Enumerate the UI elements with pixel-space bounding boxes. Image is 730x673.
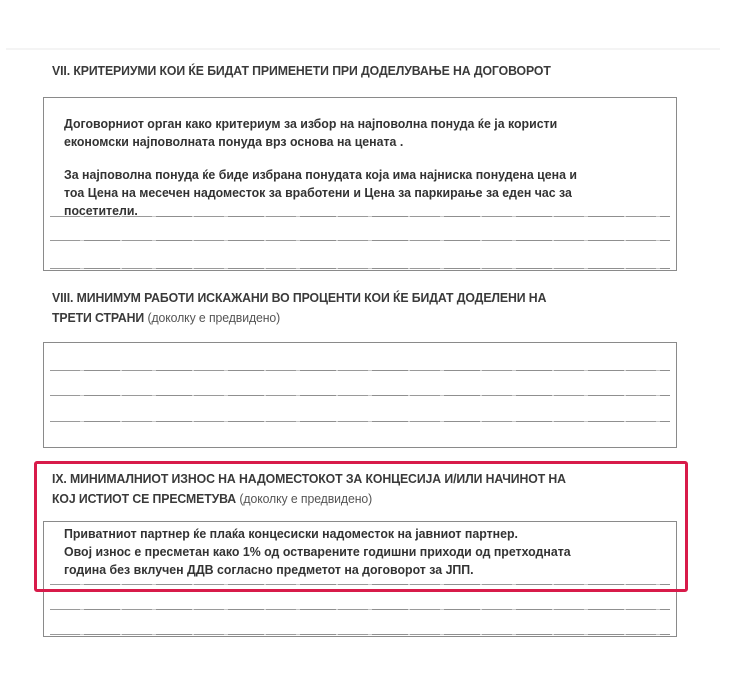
section-8-heading: VIII. МИНИМУМ РАБОТИ ИСКАЖАНИ ВО ПРОЦЕНТ…	[52, 288, 546, 328]
heading-note: (доколку е предвидено)	[239, 491, 372, 506]
heading-line: IX. МИНИМАЛНИОТ ИЗНОС НА НАДОМЕСТОКОТ ЗА…	[52, 469, 566, 489]
page-top-divider	[6, 48, 720, 50]
text-line: година без вклучен ДДВ согласно предмето…	[64, 561, 571, 579]
section-7-paragraph-1: Договорниот орган како критериум за избо…	[64, 115, 557, 151]
heading-note: (доколку е предвидено)	[147, 310, 280, 325]
text-line: економски најповолната понуда врз основа…	[64, 133, 557, 151]
text-line: За најповолна понуда ќе биде избрана пон…	[64, 166, 577, 184]
blank-line	[50, 584, 670, 585]
blank-line	[50, 216, 670, 217]
section-7-box: Договорниот орган како критериум за избо…	[43, 97, 677, 271]
heading-line: VIII. МИНИМУМ РАБОТИ ИСКАЖАНИ ВО ПРОЦЕНТ…	[52, 288, 546, 308]
text-line: Приватниот партнер ќе плаќа концесиски н…	[64, 525, 571, 543]
text-line: Овој износ е пресметан како 1% од оствар…	[64, 543, 571, 561]
blank-line	[50, 240, 670, 241]
text-line: тоа Цена на месечен надоместок за вработ…	[64, 184, 577, 202]
blank-line	[50, 609, 670, 610]
section-8-box	[43, 342, 677, 448]
section-9-heading: IX. МИНИМАЛНИОТ ИЗНОС НА НАДОМЕСТОКОТ ЗА…	[52, 469, 566, 509]
section-9-box: Приватниот партнер ќе плаќа концесиски н…	[43, 521, 677, 637]
section-9-paragraph: Приватниот партнер ќе плаќа концесиски н…	[64, 525, 571, 579]
heading-line: ТРЕТИ СТРАНИ	[52, 310, 144, 325]
heading-line: КОЈ ИСТИОТ СЕ ПРЕСМЕТУВА	[52, 491, 236, 506]
blank-line	[50, 421, 670, 422]
text-line: Договорниот орган како критериум за избо…	[64, 115, 557, 133]
blank-line	[50, 395, 670, 396]
blank-line	[50, 370, 670, 371]
section-7-heading: VII. КРИТЕРИУМИ КОИ ЌЕ БИДАТ ПРИМЕНЕТИ П…	[52, 63, 551, 78]
blank-line	[50, 268, 670, 269]
section-7-paragraph-2: За најповолна понуда ќе биде избрана пон…	[64, 166, 577, 220]
text-line: посетители.	[64, 202, 577, 220]
blank-line	[50, 634, 670, 635]
